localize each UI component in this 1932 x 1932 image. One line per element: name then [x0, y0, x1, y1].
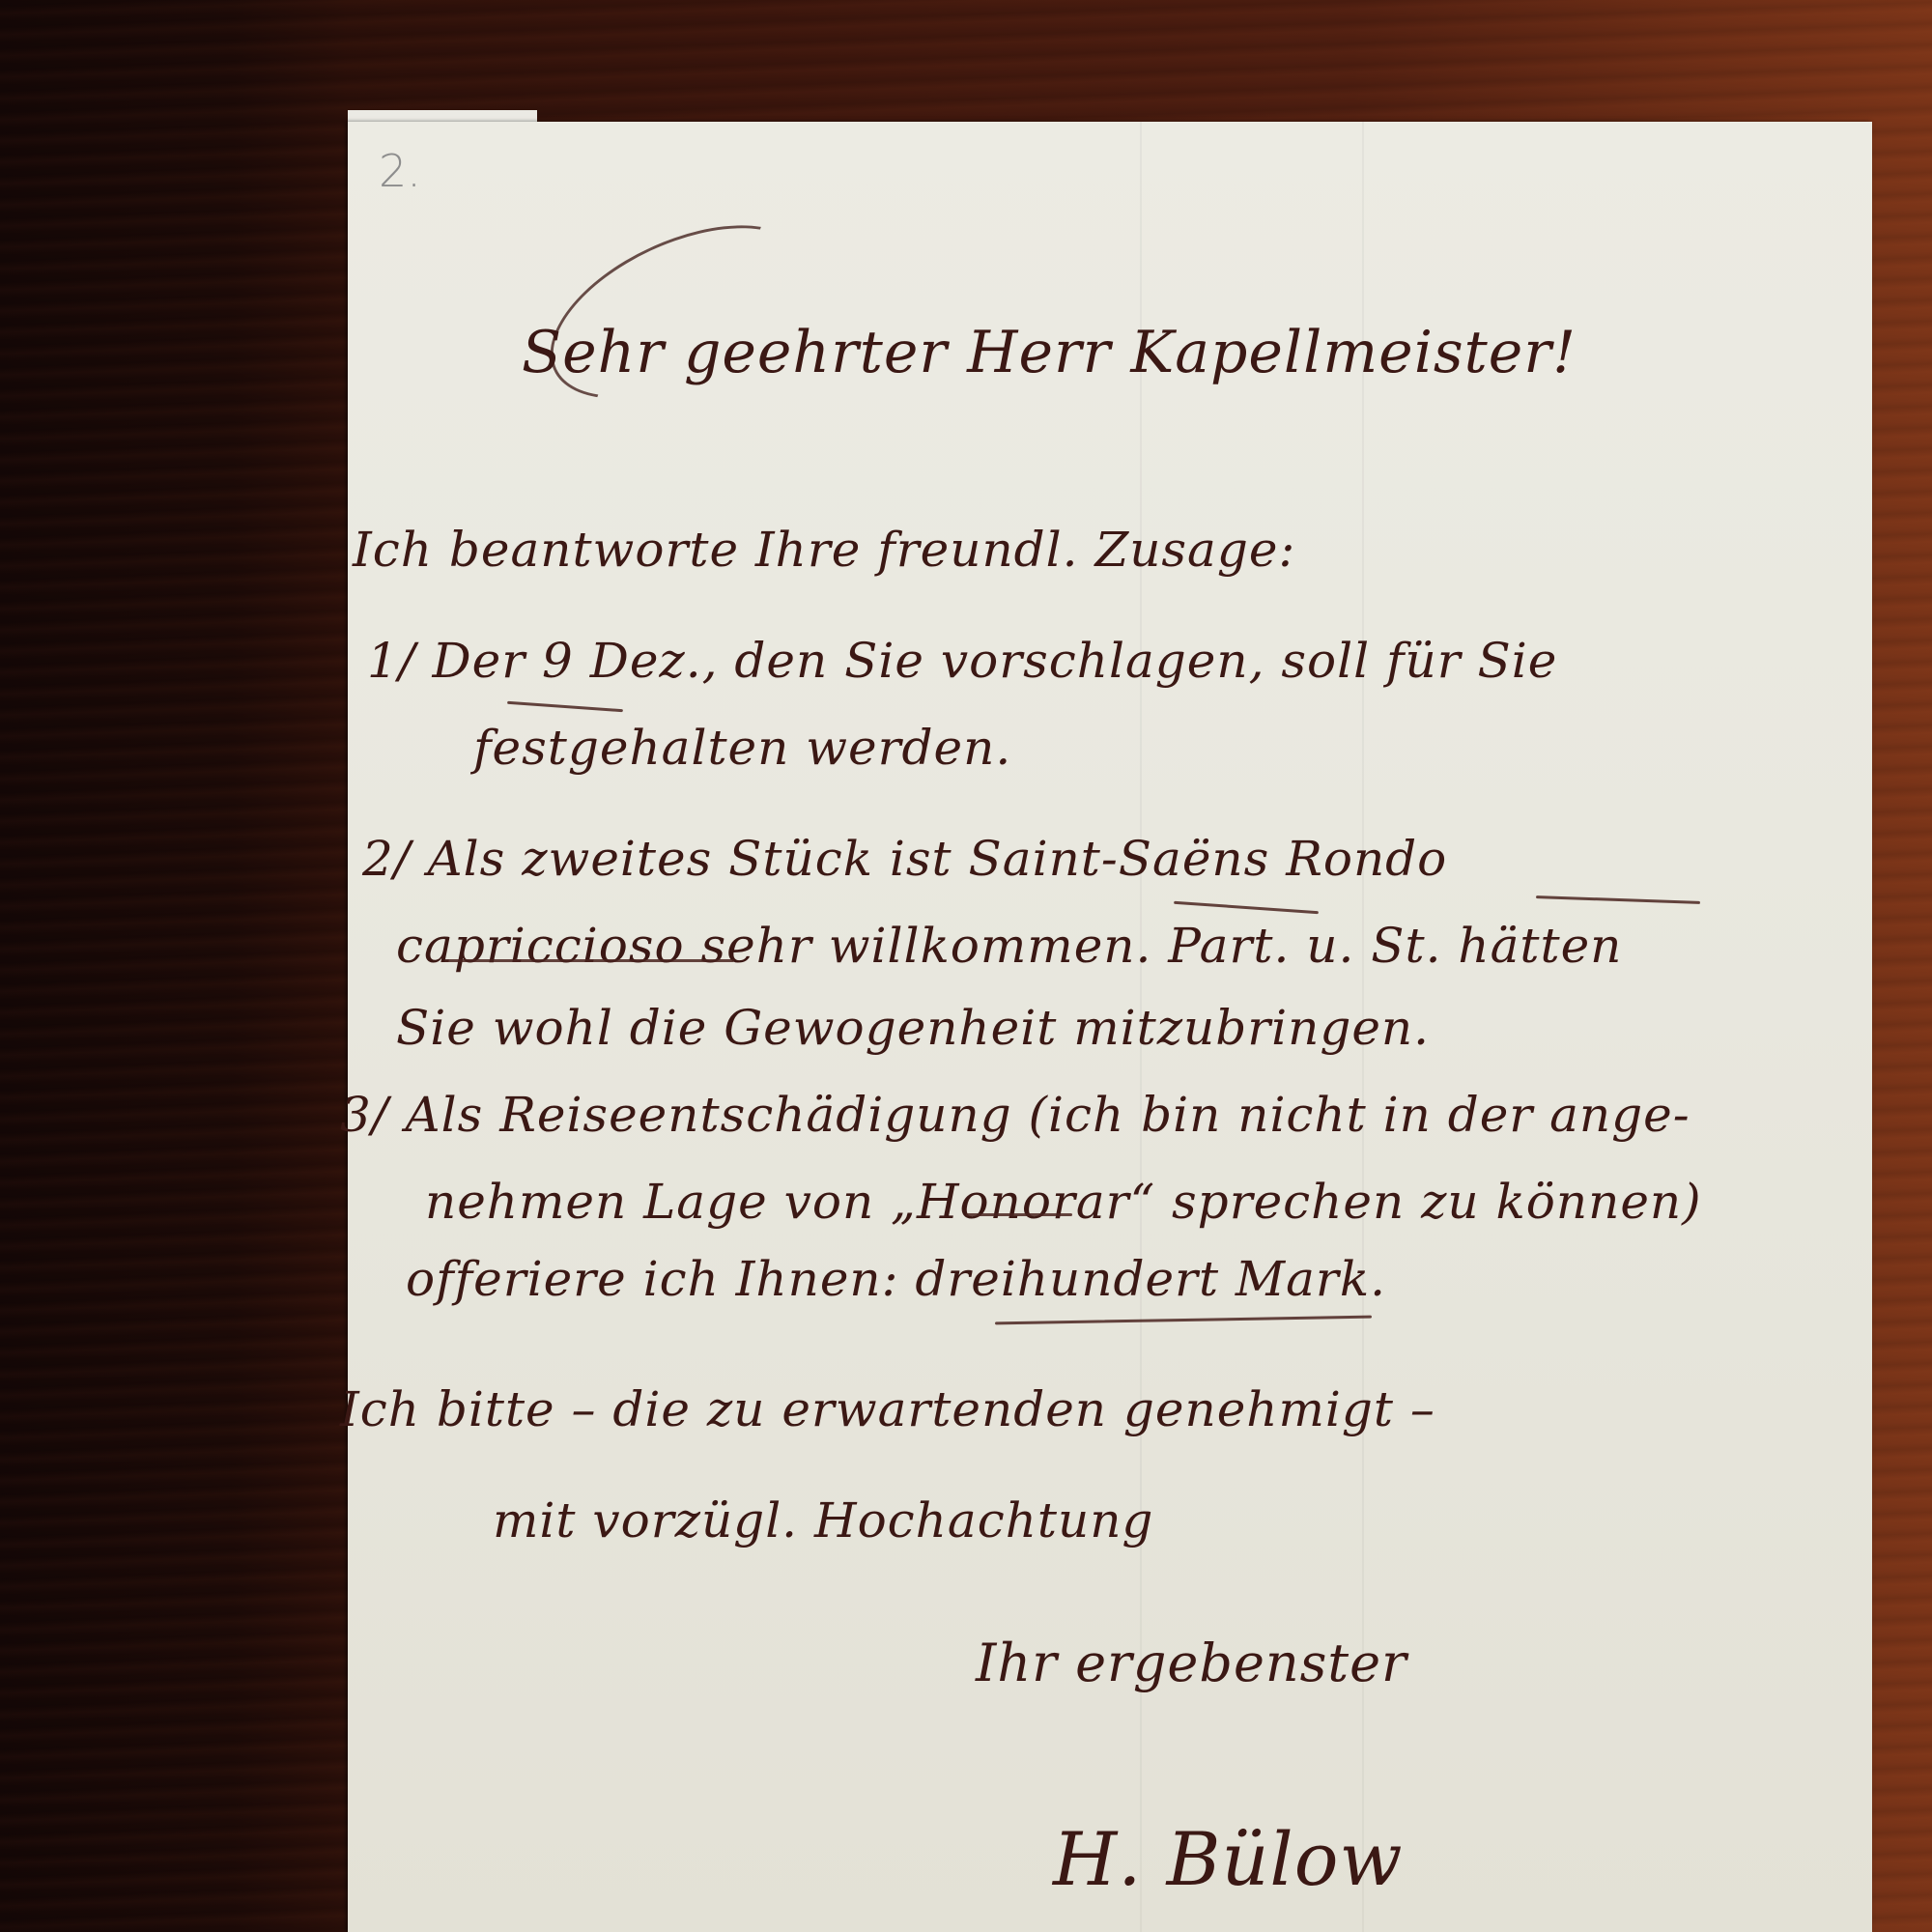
letter-line-item-3: 3/ Als Reiseentschädigung (ich bin nicht…: [340, 1087, 1690, 1143]
letter-line-item-2: 2/ Als zweites Stück ist Saint-Saëns Ron…: [362, 831, 1447, 887]
letter-line: capriccioso sehr willkommen. Part. u. St…: [396, 918, 1622, 974]
underline-honorar: [966, 1213, 1072, 1216]
letter-line: Sie wohl die Gewogenheit mitzubringen.: [396, 1000, 1430, 1056]
closing-line: mit vorzügl. Hochachtung: [493, 1492, 1153, 1548]
signature: H. Bülow: [1053, 1816, 1404, 1902]
closing-line: Ich bitte – die zu erwartenden genehmigt…: [340, 1381, 1435, 1437]
underline-capriccioso: [444, 959, 734, 962]
letter-line-item-1: 1/ Der 9 Dez., den Sie vorschlagen, soll…: [367, 633, 1557, 689]
letter-line: offeriere ich Ihnen: dreihundert Mark.: [406, 1251, 1386, 1307]
valediction: Ihr ergebenster: [976, 1633, 1407, 1693]
page-number: 2.: [379, 145, 421, 197]
letter-line: nehmen Lage von „Honorar“ sprechen zu kö…: [425, 1174, 1702, 1230]
letter-line: festgehalten werden.: [473, 720, 1011, 776]
letter-line: Ich beantworte Ihre freundl. Zusage:: [353, 522, 1295, 578]
salutation: Sehr geehrter Herr Kapellmeister!: [522, 319, 1577, 386]
